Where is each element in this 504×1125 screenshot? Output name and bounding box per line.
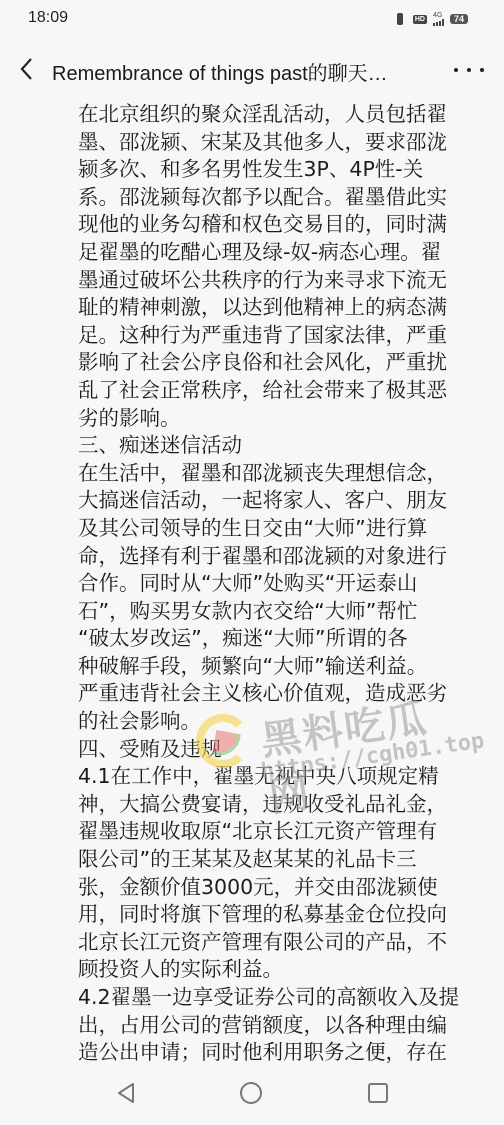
status-bar: 18:09 HD 4G 74	[0, 0, 504, 40]
text-line: 神，大搞公费宴请，违规收受礼品礼金，	[78, 791, 488, 819]
battery-icon: 74	[450, 14, 468, 24]
hd-icon: HD	[413, 15, 427, 24]
text-line: 乱了社会正常秩序，给社会带来了极其恶	[78, 377, 488, 405]
nav-recents-button[interactable]	[368, 1083, 388, 1103]
back-button[interactable]	[16, 54, 38, 84]
text-line: 四、受贿及违规	[78, 736, 488, 764]
text-line: 影响了社会公序良俗和社会风化，严重扰	[78, 349, 488, 377]
text-line: 限公司”的王某某及赵某某的礼品卡三	[78, 846, 488, 874]
text-line: 造公出申请；同时他利用职务之便，存在	[78, 1039, 488, 1067]
text-line: 三、痴迷迷信活动	[78, 432, 488, 460]
text-line: 足。这种行为严重违背了国家法律，严重	[78, 322, 488, 350]
text-line: 种破解手段，频繁向“大师”输送利益。	[78, 653, 488, 681]
page-title: Remembrance of things past的聊天…	[52, 57, 388, 86]
signal-icon: 4G	[433, 12, 444, 26]
vibrate-icon	[393, 12, 407, 26]
text-line: 劣的影响。	[78, 405, 488, 433]
status-time: 18:09	[28, 9, 68, 27]
text-line: 命，选择有利于翟墨和邵泷颍的对象进行	[78, 543, 488, 571]
title-bar: Remembrance of things past的聊天…	[0, 48, 504, 92]
text-line: 系。邵泷颍每次都予以配合。翟墨借此实	[78, 184, 488, 212]
text-line: 石”，购买男女款内衣交给“大师”帮忙	[78, 598, 488, 626]
text-line: 翟墨违规收取原“北京长江元资产管理有	[78, 818, 488, 846]
chevron-left-icon	[16, 54, 38, 84]
text-line: 墨、邵泷颍、宋某及其他多人，要求邵泷	[78, 129, 488, 157]
more-dot-icon	[454, 68, 458, 72]
network-type: 4G	[433, 12, 444, 19]
text-line: 颍多次、和多名男性发生3P、4P性-关	[78, 156, 488, 184]
text-line: 合作。同时从“大师”处购买“开运泰山	[78, 570, 488, 598]
text-line: 大搞迷信活动，一起将家人、客户、朋友	[78, 487, 488, 515]
text-line: 张，金额价值3000元，并交由邵泷颍使	[78, 874, 488, 902]
text-line: 的社会影响。	[78, 708, 488, 736]
text-line: 顾投资人的实际利益。	[78, 956, 488, 984]
signal-bars-icon	[433, 19, 444, 26]
text-line: 严重违背社会主义核心价值观，造成恶劣	[78, 680, 488, 708]
more-options-button[interactable]	[454, 58, 484, 82]
status-icons: HD 4G 74	[393, 12, 468, 26]
text-line: 在生活中，翟墨和邵泷颍丧失理想信念，	[78, 460, 488, 488]
text-line: 耻的精神刺激，以达到他精神上的病态满	[78, 294, 488, 322]
text-line: 及其公司领导的生日交由“大师”进行算	[78, 515, 488, 543]
nav-back-button[interactable]	[116, 1082, 136, 1108]
message-content: 在北京组织的聚众淫乱活动，人员包括翟墨、邵泷颍、宋某及其他多人，要求邵泷颍多次、…	[78, 101, 488, 1067]
text-line: “破太岁改运”，痴迷“大师”所谓的各	[78, 625, 488, 653]
nav-home-button[interactable]	[240, 1082, 262, 1104]
more-dot-icon	[480, 68, 484, 72]
text-line: 北京长江元资产管理有限公司的产品，不	[78, 929, 488, 957]
text-line: 墨通过破坏公共秩序的行为来寻求下流无	[78, 267, 488, 295]
back-triangle-icon	[116, 1082, 136, 1104]
text-line: 现他的业务勾稽和权色交易目的，同时满	[78, 211, 488, 239]
text-line: 足翟墨的吃醋心理及绿-奴-病态心理。翟	[78, 239, 488, 267]
text-line: 4.2翟墨一边享受证券公司的高额收入及提	[78, 984, 488, 1012]
text-line: 在北京组织的聚众淫乱活动，人员包括翟	[78, 101, 488, 129]
more-dot-icon	[467, 68, 471, 72]
system-nav-bar	[0, 1072, 504, 1125]
text-line: 4.1在工作中，翟墨无视中央八项规定精	[78, 763, 488, 791]
text-line: 用，同时将旗下管理的私募基金仓位投向	[78, 901, 488, 929]
text-line: 出，占用公司的营销额度，以各种理由编	[78, 1012, 488, 1040]
